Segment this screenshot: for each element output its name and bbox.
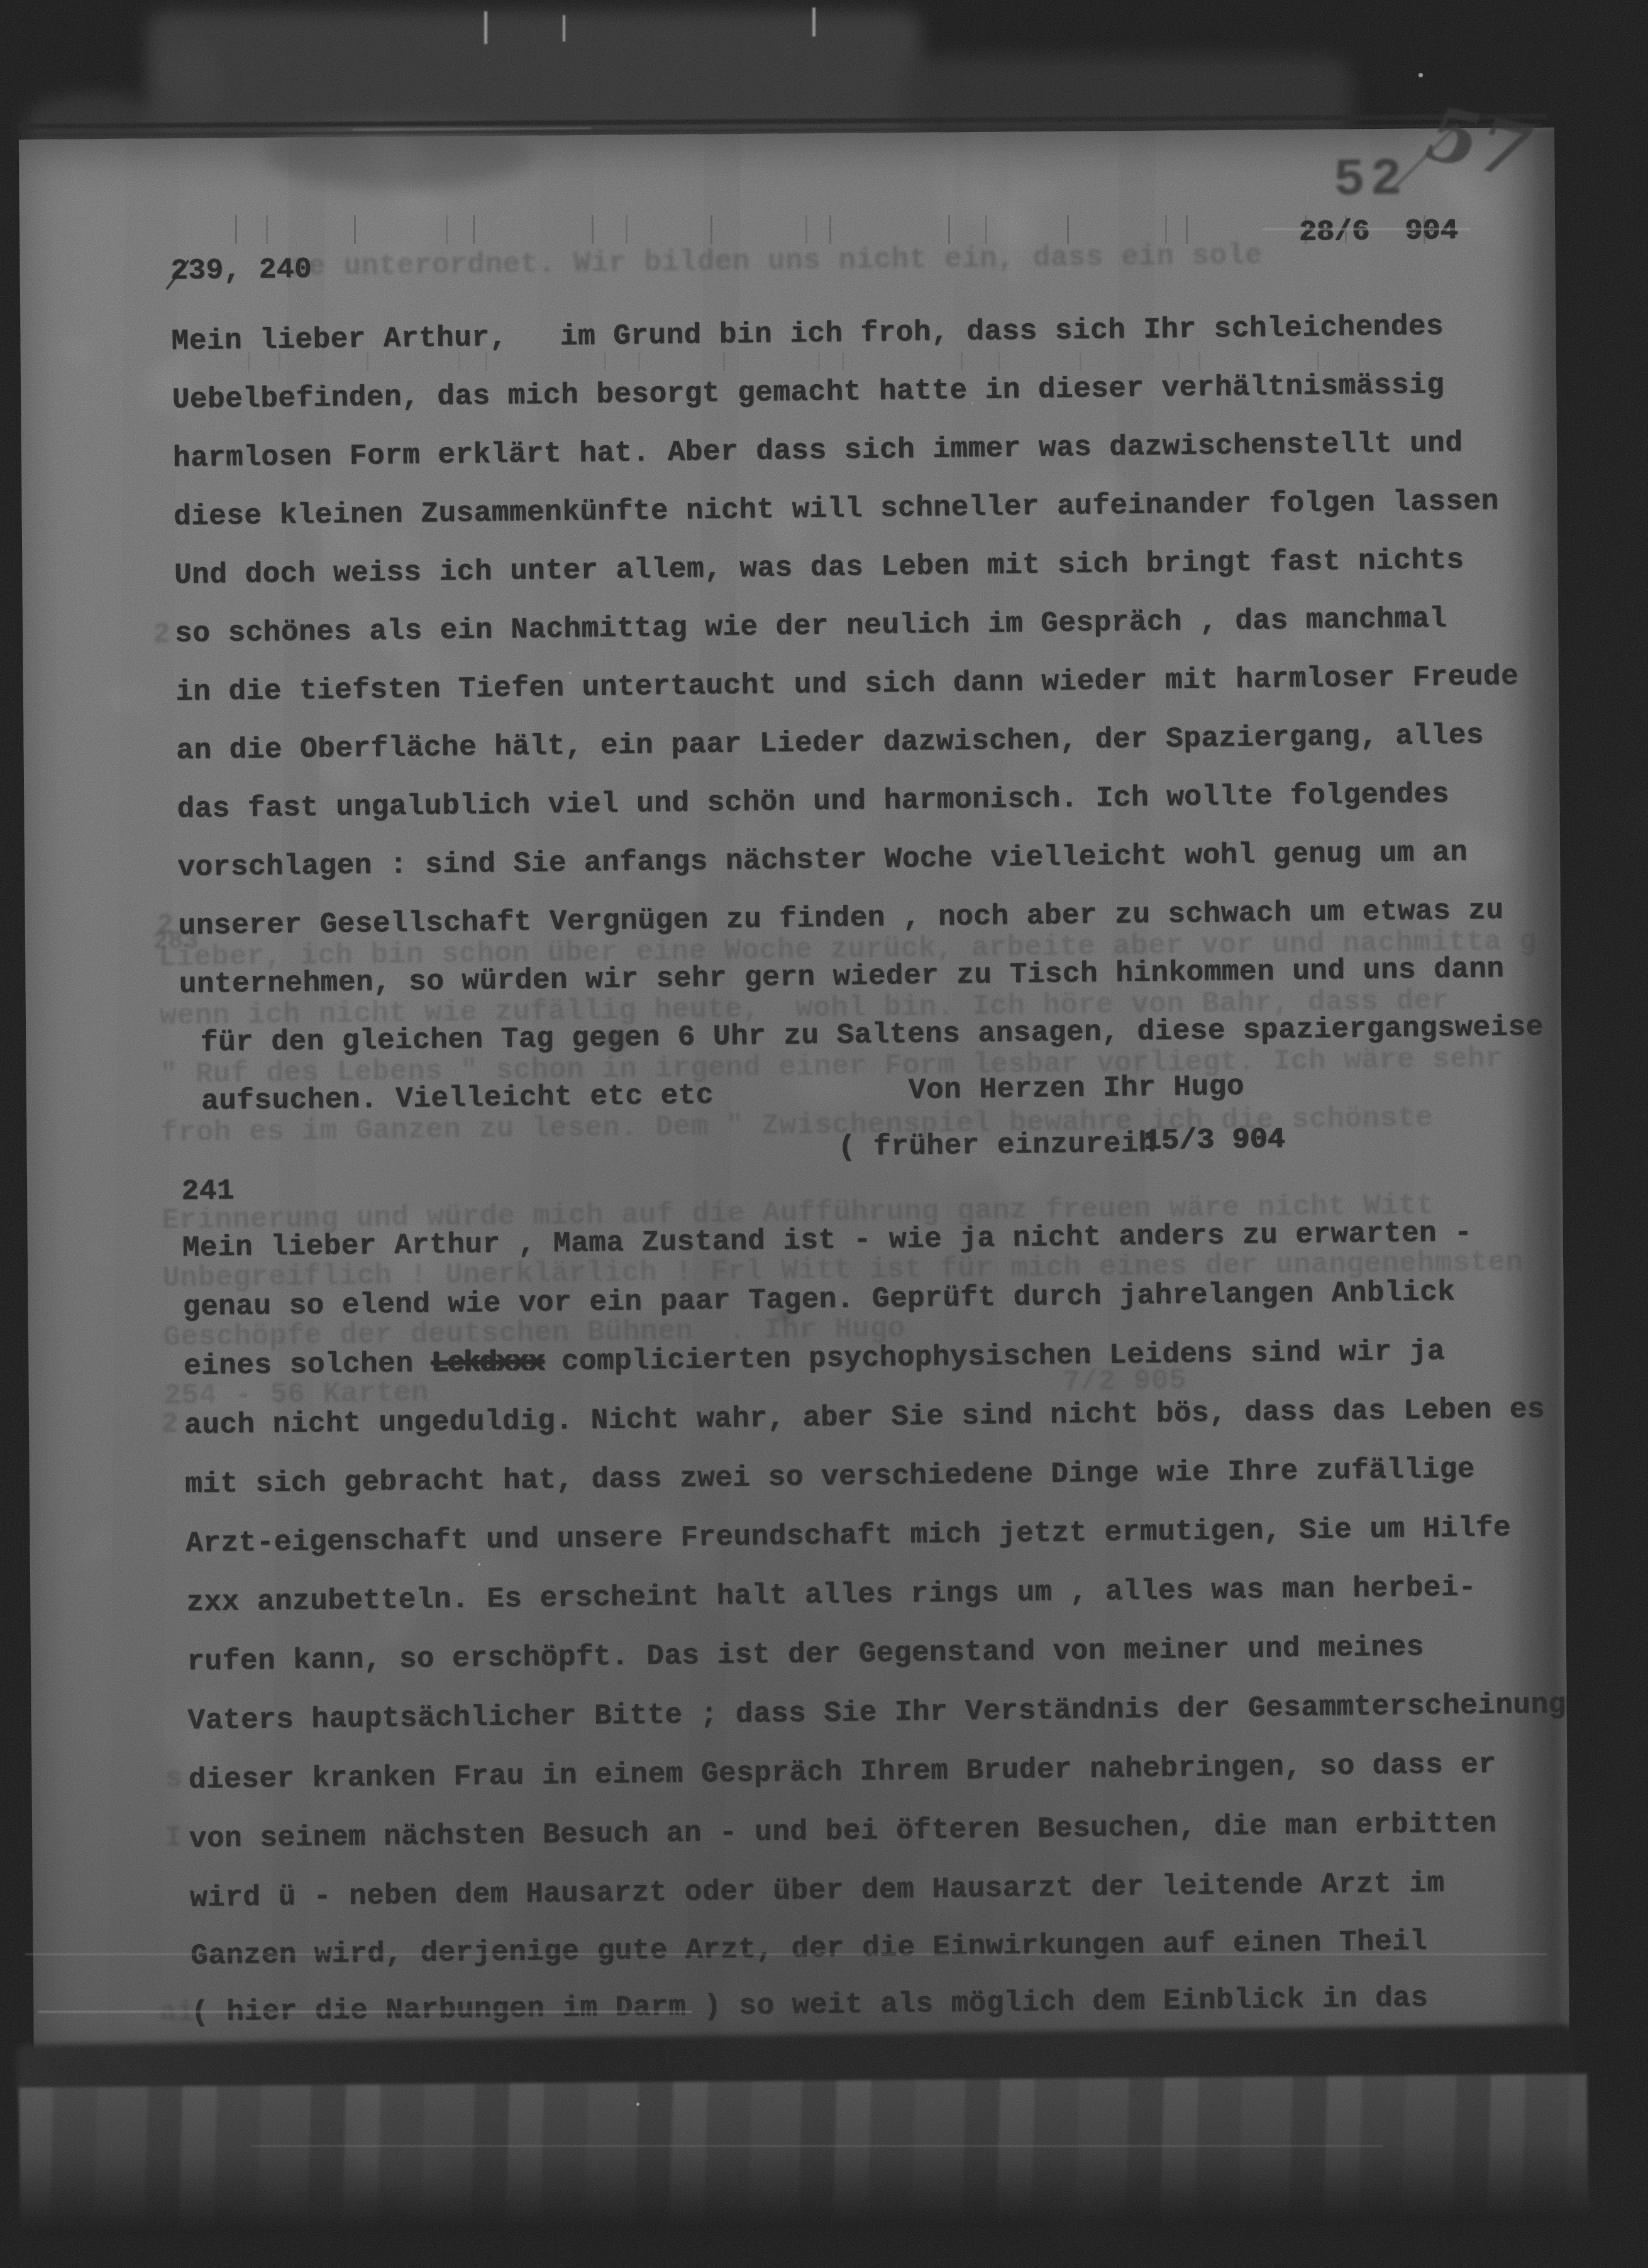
margin-bleed-glyph: s <box>165 1764 184 1793</box>
film-speck <box>812 8 816 36</box>
filing-note: ( früher einzureih <box>838 1129 1156 1162</box>
margin-bleed-glyph: 2 <box>161 1410 179 1439</box>
signoff-closing: aufsuchen. Vielleicht etc etc <box>201 1081 714 1116</box>
typed-line: Ganzen wird, derjenige gute Arzt, der di… <box>191 1927 1428 1971</box>
film-speck <box>484 11 487 44</box>
scratch-artifact <box>38 2011 692 2013</box>
typed-line: vorschlagen : sind Sie anfangs nächster … <box>177 838 1468 882</box>
typed-line: Vaters hauptsächlicher Bitte ; dass Sie … <box>187 1690 1566 1735</box>
bleed-line: ze unterordnet. Wir bilden uns nicht ein… <box>290 241 1263 282</box>
typed-line: Mein lieber Arthur, im Grund bin ich fro… <box>171 312 1444 356</box>
film-speck <box>563 15 565 41</box>
bleed-note: 254 - 56 Karten <box>163 1378 429 1410</box>
margin-bleed-glyph: 2 <box>153 620 171 649</box>
typed-line: das fast ungalublich viel und schön und … <box>177 780 1449 824</box>
margin-bleed-glyph: ai <box>159 1998 195 2028</box>
film-speck <box>569 672 572 674</box>
typed-line: an die Oberfläche hält, ein paar Lieder … <box>176 721 1484 765</box>
scratch-artifact <box>1263 228 1470 230</box>
margin-bleed-glyph: 283 <box>153 928 199 958</box>
typed-date: 28/6 904 <box>1298 216 1457 247</box>
archive-stamp-number: 52 <box>1333 150 1407 211</box>
filing-date-overstrike: 15/3 904 <box>1144 1125 1285 1156</box>
bleed-date: 7/2 905 <box>1063 1366 1186 1397</box>
typed-line: in die tiefsten Tiefen untertaucht und s… <box>175 662 1518 707</box>
ink-smudge <box>604 1031 628 1050</box>
margin-bleed-glyph: I <box>165 1823 183 1852</box>
scratch-artifact <box>252 2145 1383 2147</box>
typed-line: zxx anzubetteln. Es erscheint halt alles… <box>186 1573 1476 1617</box>
ink-smudge <box>778 1309 792 1320</box>
typed-line: ( hier die Narbungen im Darm ) so weit a… <box>191 1984 1429 2027</box>
film-speck <box>1324 1607 1326 1609</box>
struck-word: Lekdxxx <box>431 1346 544 1380</box>
scanned-letter-page: 52 57 28/6 904 239, 240 ze unterordnet. … <box>0 0 1648 2268</box>
typed-line: harmlosen Form erklärt hat. Aber dass si… <box>173 429 1463 473</box>
film-speck <box>971 402 973 404</box>
typed-line: Uebelbefinden, das mich besorgt gemacht … <box>172 370 1445 414</box>
typed-line: Und doch weiss ich unter allem, was das … <box>174 546 1464 590</box>
typed-line: diese kleinen Zusammenkünfte nicht will … <box>174 487 1499 531</box>
letter-number-marker: 241 <box>181 1176 235 1206</box>
signature-line: Von Herzen Ihr Hugo <box>909 1072 1245 1105</box>
letter-text-layer: 52 57 28/6 904 239, 240 ze unterordnet. … <box>0 0 1648 2268</box>
film-speck <box>1418 73 1423 77</box>
typed-line: mit sich gebracht hat, dass zwei so vers… <box>185 1455 1475 1499</box>
typed-line: Arzt-eigenschaft und unsere Freundschaft… <box>185 1513 1511 1558</box>
typed-line: so schönes als ein Nachmittag wie der ne… <box>175 604 1447 648</box>
typed-line: rufen kann, so erschöpft. Das ist der Ge… <box>187 1633 1424 1676</box>
film-speck <box>478 1563 480 1566</box>
typed-line: von seinem nächsten Besuch an - und bei … <box>189 1809 1497 1854</box>
film-speck <box>636 2103 639 2106</box>
typed-line: dieser kranken Frau in einem Gespräch Ih… <box>189 1750 1496 1795</box>
scratch-artifact <box>25 1954 1547 1955</box>
typed-line: wird ü - neben dem Hausarzt oder über de… <box>190 1869 1445 1913</box>
